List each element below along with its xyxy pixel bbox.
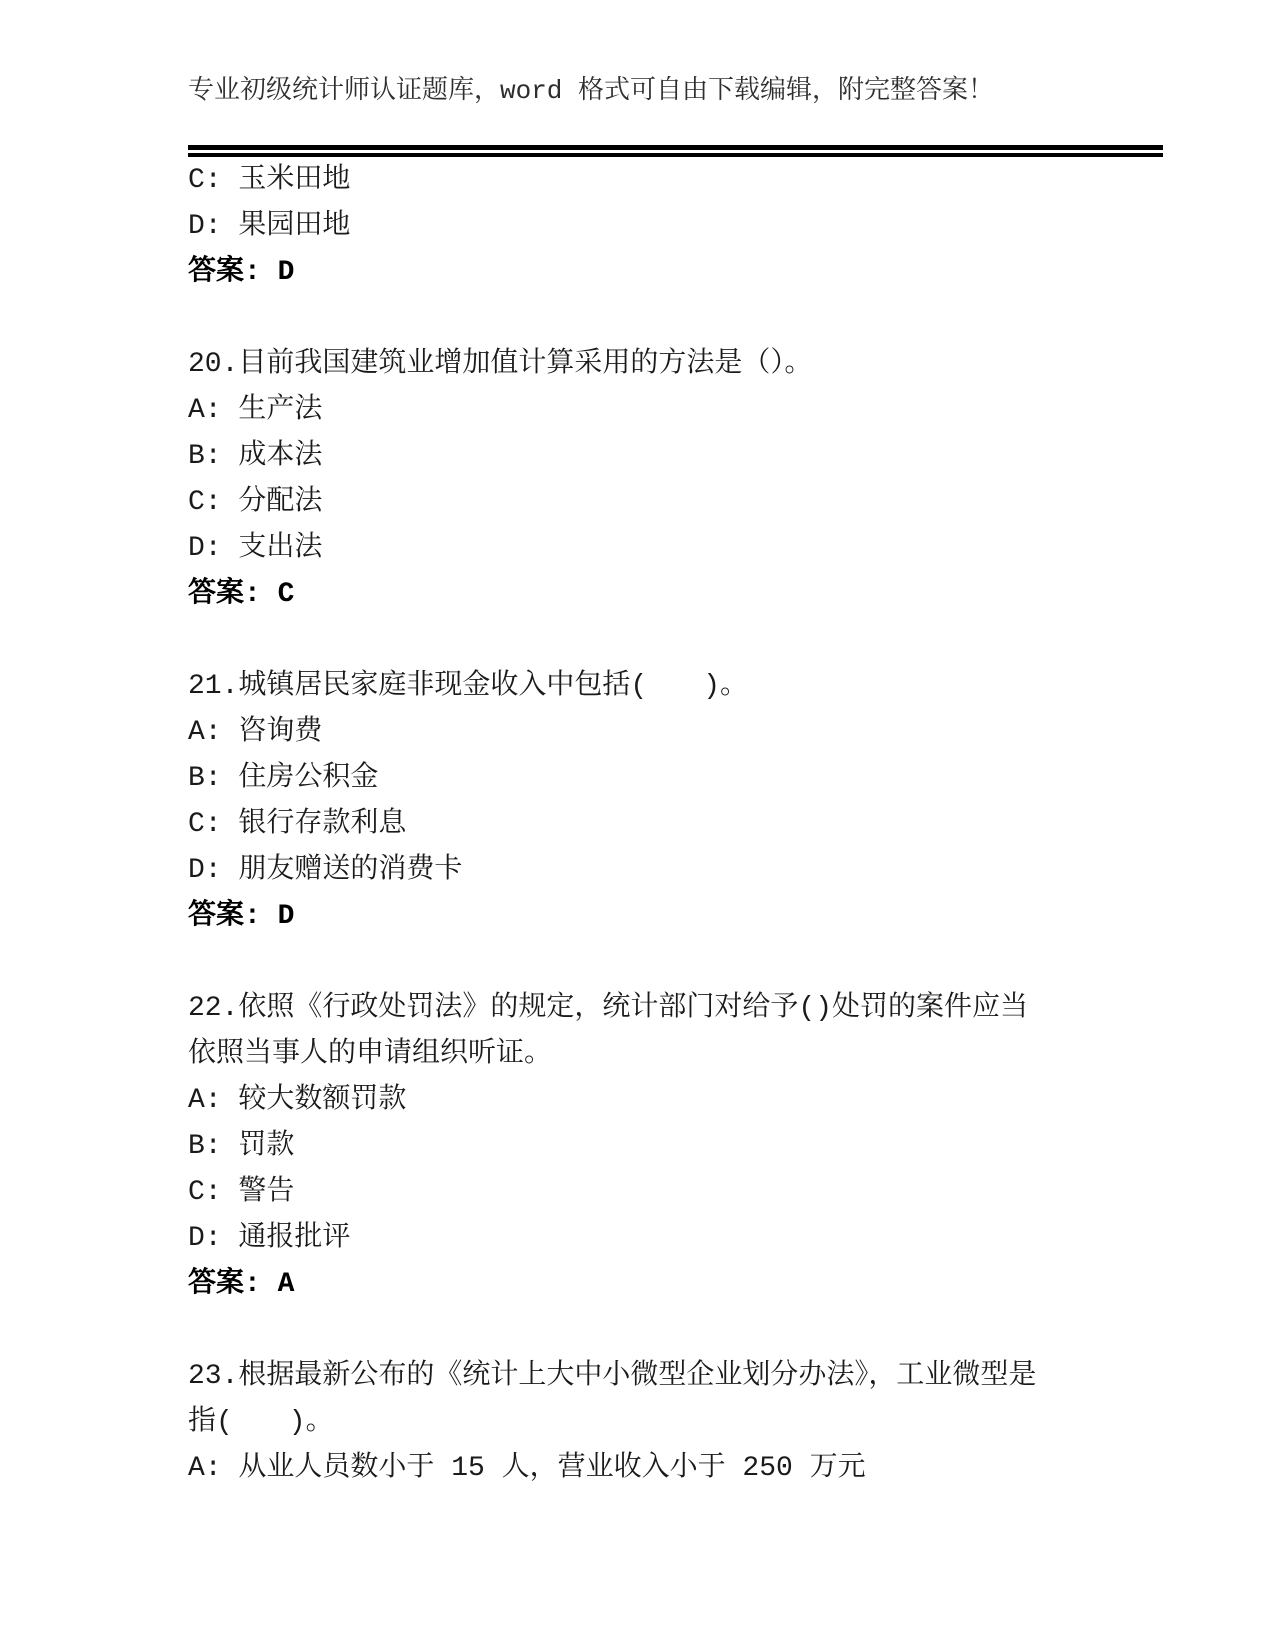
option-line: A: 较大数额罚款 <box>188 1078 1048 1124</box>
option-line: D: 果园田地 <box>188 204 1048 250</box>
question-title: 21.城镇居民家庭非现金收入中包括( )。 <box>188 664 1048 710</box>
question-22: 22.依照《行政处罚法》的规定，统计部门对给予()处罚的案件应当依照当事人的申请… <box>188 986 1048 1308</box>
option-line: A: 从业人员数小于 15 人，营业收入小于 250 万元 <box>188 1446 1048 1492</box>
option-line: C: 警告 <box>188 1170 1048 1216</box>
header-title: 专业初级统计师认证题库，word 格式可自由下载编辑，附完整答案！ <box>188 69 1163 114</box>
answer-line: 答案: D <box>188 250 1048 296</box>
option-line: C: 银行存款利息 <box>188 802 1048 848</box>
option-line: B: 住房公积金 <box>188 756 1048 802</box>
option-line: B: 成本法 <box>188 434 1048 480</box>
option-line: D: 支出法 <box>188 526 1048 572</box>
question-title: 23.根据最新公布的《统计上大中小微型企业划分办法》，工业微型是指( )。 <box>188 1354 1048 1446</box>
option-line: A: 生产法 <box>188 388 1048 434</box>
header-divider-thin-line <box>188 153 1163 157</box>
option-line: C: 玉米田地 <box>188 158 1048 204</box>
question-title: 22.依照《行政处罚法》的规定，统计部门对给予()处罚的案件应当依照当事人的申请… <box>188 986 1048 1078</box>
document-page: 专业初级统计师认证题库，word 格式可自由下载编辑，附完整答案！ C: 玉米田… <box>0 0 1275 1650</box>
option-line: B: 罚款 <box>188 1124 1048 1170</box>
answer-line: 答案: D <box>188 894 1048 940</box>
question-23-partial: 23.根据最新公布的《统计上大中小微型企业划分办法》，工业微型是指( )。 A:… <box>188 1354 1048 1492</box>
question-list: C: 玉米田地 D: 果园田地 答案: D 20.目前我国建筑业增加值计算采用的… <box>188 158 1048 1538</box>
header-divider <box>188 145 1163 157</box>
answer-line: 答案: A <box>188 1262 1048 1308</box>
answer-line: 答案: C <box>188 572 1048 618</box>
question-20: 20.目前我国建筑业增加值计算采用的方法是（）。 A: 生产法 B: 成本法 C… <box>188 342 1048 618</box>
question-19-partial: C: 玉米田地 D: 果园田地 答案: D <box>188 158 1048 296</box>
option-line: A: 咨询费 <box>188 710 1048 756</box>
question-21: 21.城镇居民家庭非现金收入中包括( )。 A: 咨询费 B: 住房公积金 C:… <box>188 664 1048 940</box>
option-line: D: 朋友赠送的消费卡 <box>188 848 1048 894</box>
page-header: 专业初级统计师认证题库，word 格式可自由下载编辑，附完整答案！ <box>188 69 1163 114</box>
question-title: 20.目前我国建筑业增加值计算采用的方法是（）。 <box>188 342 1048 388</box>
option-line: C: 分配法 <box>188 480 1048 526</box>
option-line: D: 通报批评 <box>188 1216 1048 1262</box>
header-divider-thick-line <box>188 145 1163 150</box>
